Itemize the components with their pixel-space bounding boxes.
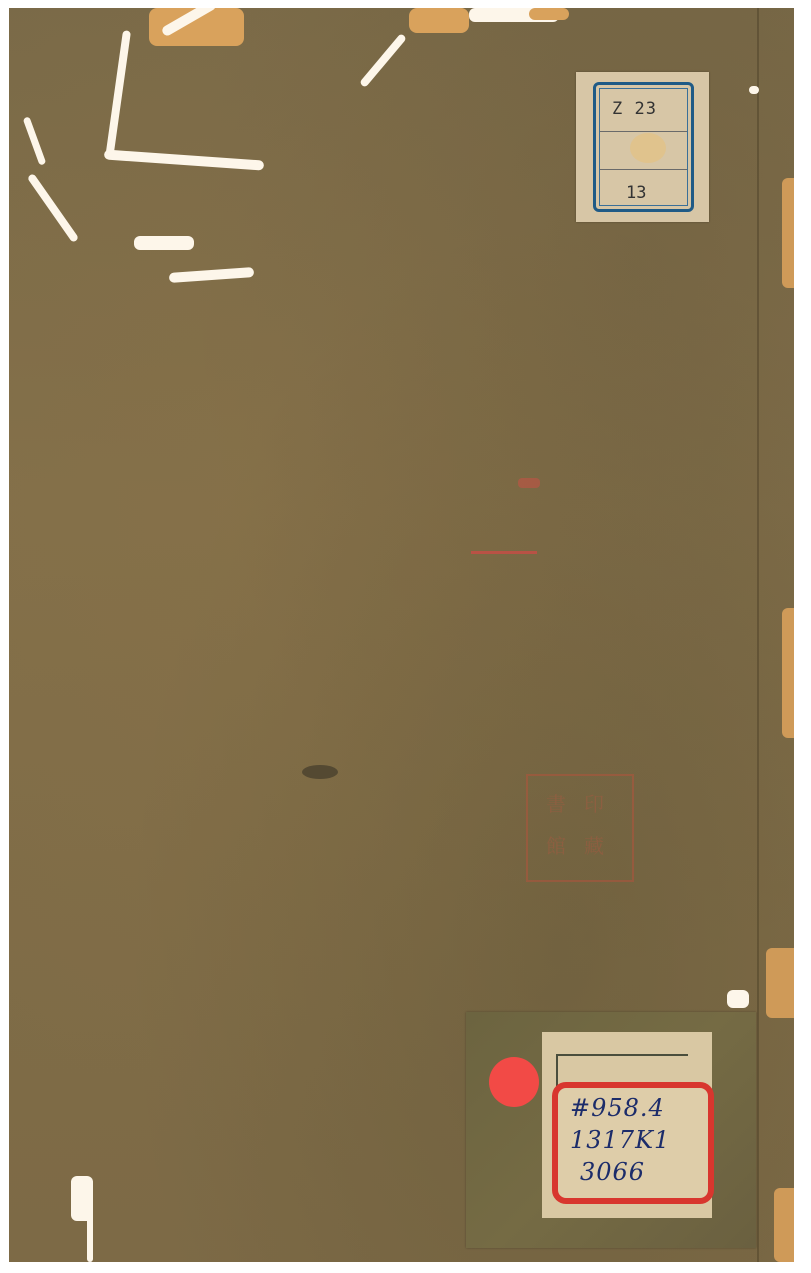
red-dot-sticker xyxy=(489,1057,539,1107)
call-number-line-2: 1317K1 xyxy=(570,1128,670,1152)
catalog-code: Z 23 xyxy=(612,99,657,119)
paper-tear xyxy=(27,173,79,243)
divider xyxy=(600,169,687,170)
red-ink-mark xyxy=(518,478,540,488)
seal-glyph: 館 xyxy=(546,830,566,859)
paper-tear xyxy=(23,116,47,165)
edge-wear xyxy=(766,948,794,1018)
paper-tear xyxy=(104,149,264,170)
catalog-label: Z 23 13 xyxy=(576,72,709,222)
call-number-label: #958.4 1317K1 3066 xyxy=(466,1012,756,1248)
catalog-label-frame: Z 23 13 xyxy=(593,82,694,212)
call-number-box: #958.4 1317K1 3066 xyxy=(552,1082,714,1204)
red-seal-stamp: 印 藏 書 館 xyxy=(526,774,634,882)
paper-tear xyxy=(359,33,407,88)
edge-wear xyxy=(774,1188,794,1262)
catalog-number: 13 xyxy=(626,183,646,203)
spine-fold-line xyxy=(757,8,759,1262)
paper-tear xyxy=(749,86,759,94)
paper-tear xyxy=(169,267,254,283)
paper-tear-orange xyxy=(529,8,569,20)
edge-wear xyxy=(782,608,794,738)
call-number-line-3: 3066 xyxy=(580,1160,645,1184)
paper-tear xyxy=(134,236,194,250)
faded-seal xyxy=(630,133,666,163)
paper-tear-orange xyxy=(409,8,469,33)
paper-tear xyxy=(727,990,749,1008)
edge-wear xyxy=(782,178,794,288)
seal-glyph: 印 xyxy=(584,788,604,817)
seal-glyph: 藏 xyxy=(584,830,604,859)
divider xyxy=(600,131,687,132)
catalog-label-inner: Z 23 13 xyxy=(599,88,688,206)
seal-glyph: 書 xyxy=(546,788,566,817)
paper-tear xyxy=(105,30,131,160)
red-ink-line xyxy=(471,551,537,554)
paper-tear xyxy=(87,1208,93,1262)
smudge-mark xyxy=(302,765,338,779)
call-number-line-1: #958.4 xyxy=(570,1096,665,1120)
